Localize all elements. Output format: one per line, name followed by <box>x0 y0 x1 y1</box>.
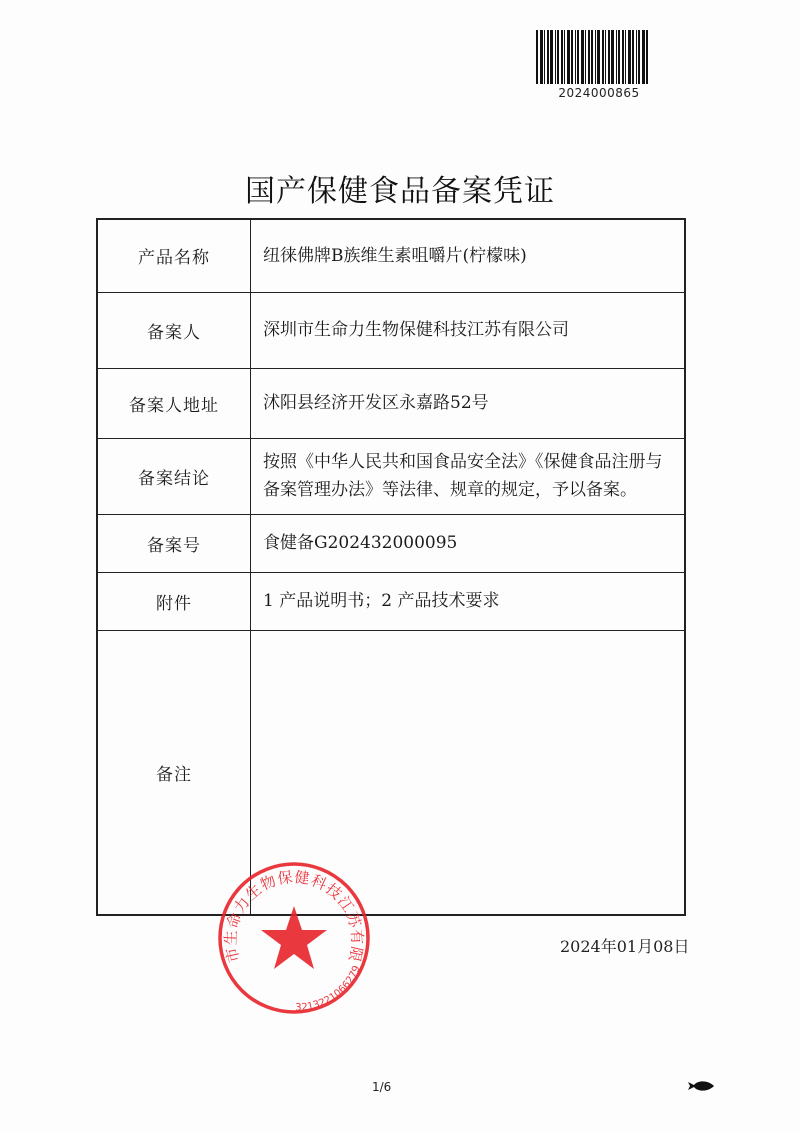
barcode-number: 2024000865 <box>536 86 662 100</box>
row-value: 1 产品说明书；2 产品技术要求 <box>251 572 686 630</box>
row-label: 备案人地址 <box>97 368 251 438</box>
seal-code-text: 3213221066279 <box>295 964 363 1013</box>
issue-date: 2024年01月08日 <box>560 934 689 957</box>
certificate-table: 产品名称 纽徕佛牌B族维生素咀嚼片(柠檬味) 备案人 深圳市生命力生物保健科技江… <box>96 218 686 916</box>
row-label: 附件 <box>97 572 251 630</box>
row-value: 食健备G202432000095 <box>251 514 686 572</box>
row-label: 备案人 <box>97 292 251 368</box>
row-label: 备案结论 <box>97 438 251 514</box>
star-icon <box>261 906 327 969</box>
row-value: 深圳市生命力生物保健科技江苏有限公司 <box>251 292 686 368</box>
row-label: 备案号 <box>97 514 251 572</box>
row-value: 纽徕佛牌B族维生素咀嚼片(柠檬味) <box>251 219 686 292</box>
row-label: 产品名称 <box>97 219 251 292</box>
table-row: 备案人地址 沭阳县经济开发区永嘉路52号 <box>97 368 685 438</box>
fish-icon <box>686 1078 716 1094</box>
table-row: 备案号 食健备G202432000095 <box>97 514 685 572</box>
company-seal: 深圳市生命力生物保健科技江苏有限公司 3213221066279 <box>214 858 374 1018</box>
document-title: 国产保健食品备案凭证 <box>0 166 800 210</box>
table-row: 产品名称 纽徕佛牌B族维生素咀嚼片(柠檬味) <box>97 219 685 292</box>
table-row: 备案结论 按照《中华人民共和国食品安全法》《保健食品注册与备案管理办法》等法律、… <box>97 438 685 514</box>
table-row: 附件 1 产品说明书；2 产品技术要求 <box>97 572 685 630</box>
svg-text:3213221066279: 3213221066279 <box>295 964 363 1013</box>
barcode: 2024000865 <box>536 30 662 98</box>
barcode-bars <box>536 30 662 84</box>
row-value: 沭阳县经济开发区永嘉路52号 <box>251 368 686 438</box>
table-row: 备案人 深圳市生命力生物保健科技江苏有限公司 <box>97 292 685 368</box>
table-row: 备注 <box>97 630 685 915</box>
row-value: 按照《中华人民共和国食品安全法》《保健食品注册与备案管理办法》等法律、规章的规定… <box>251 438 686 514</box>
page-number: 1/6 <box>372 1080 391 1094</box>
